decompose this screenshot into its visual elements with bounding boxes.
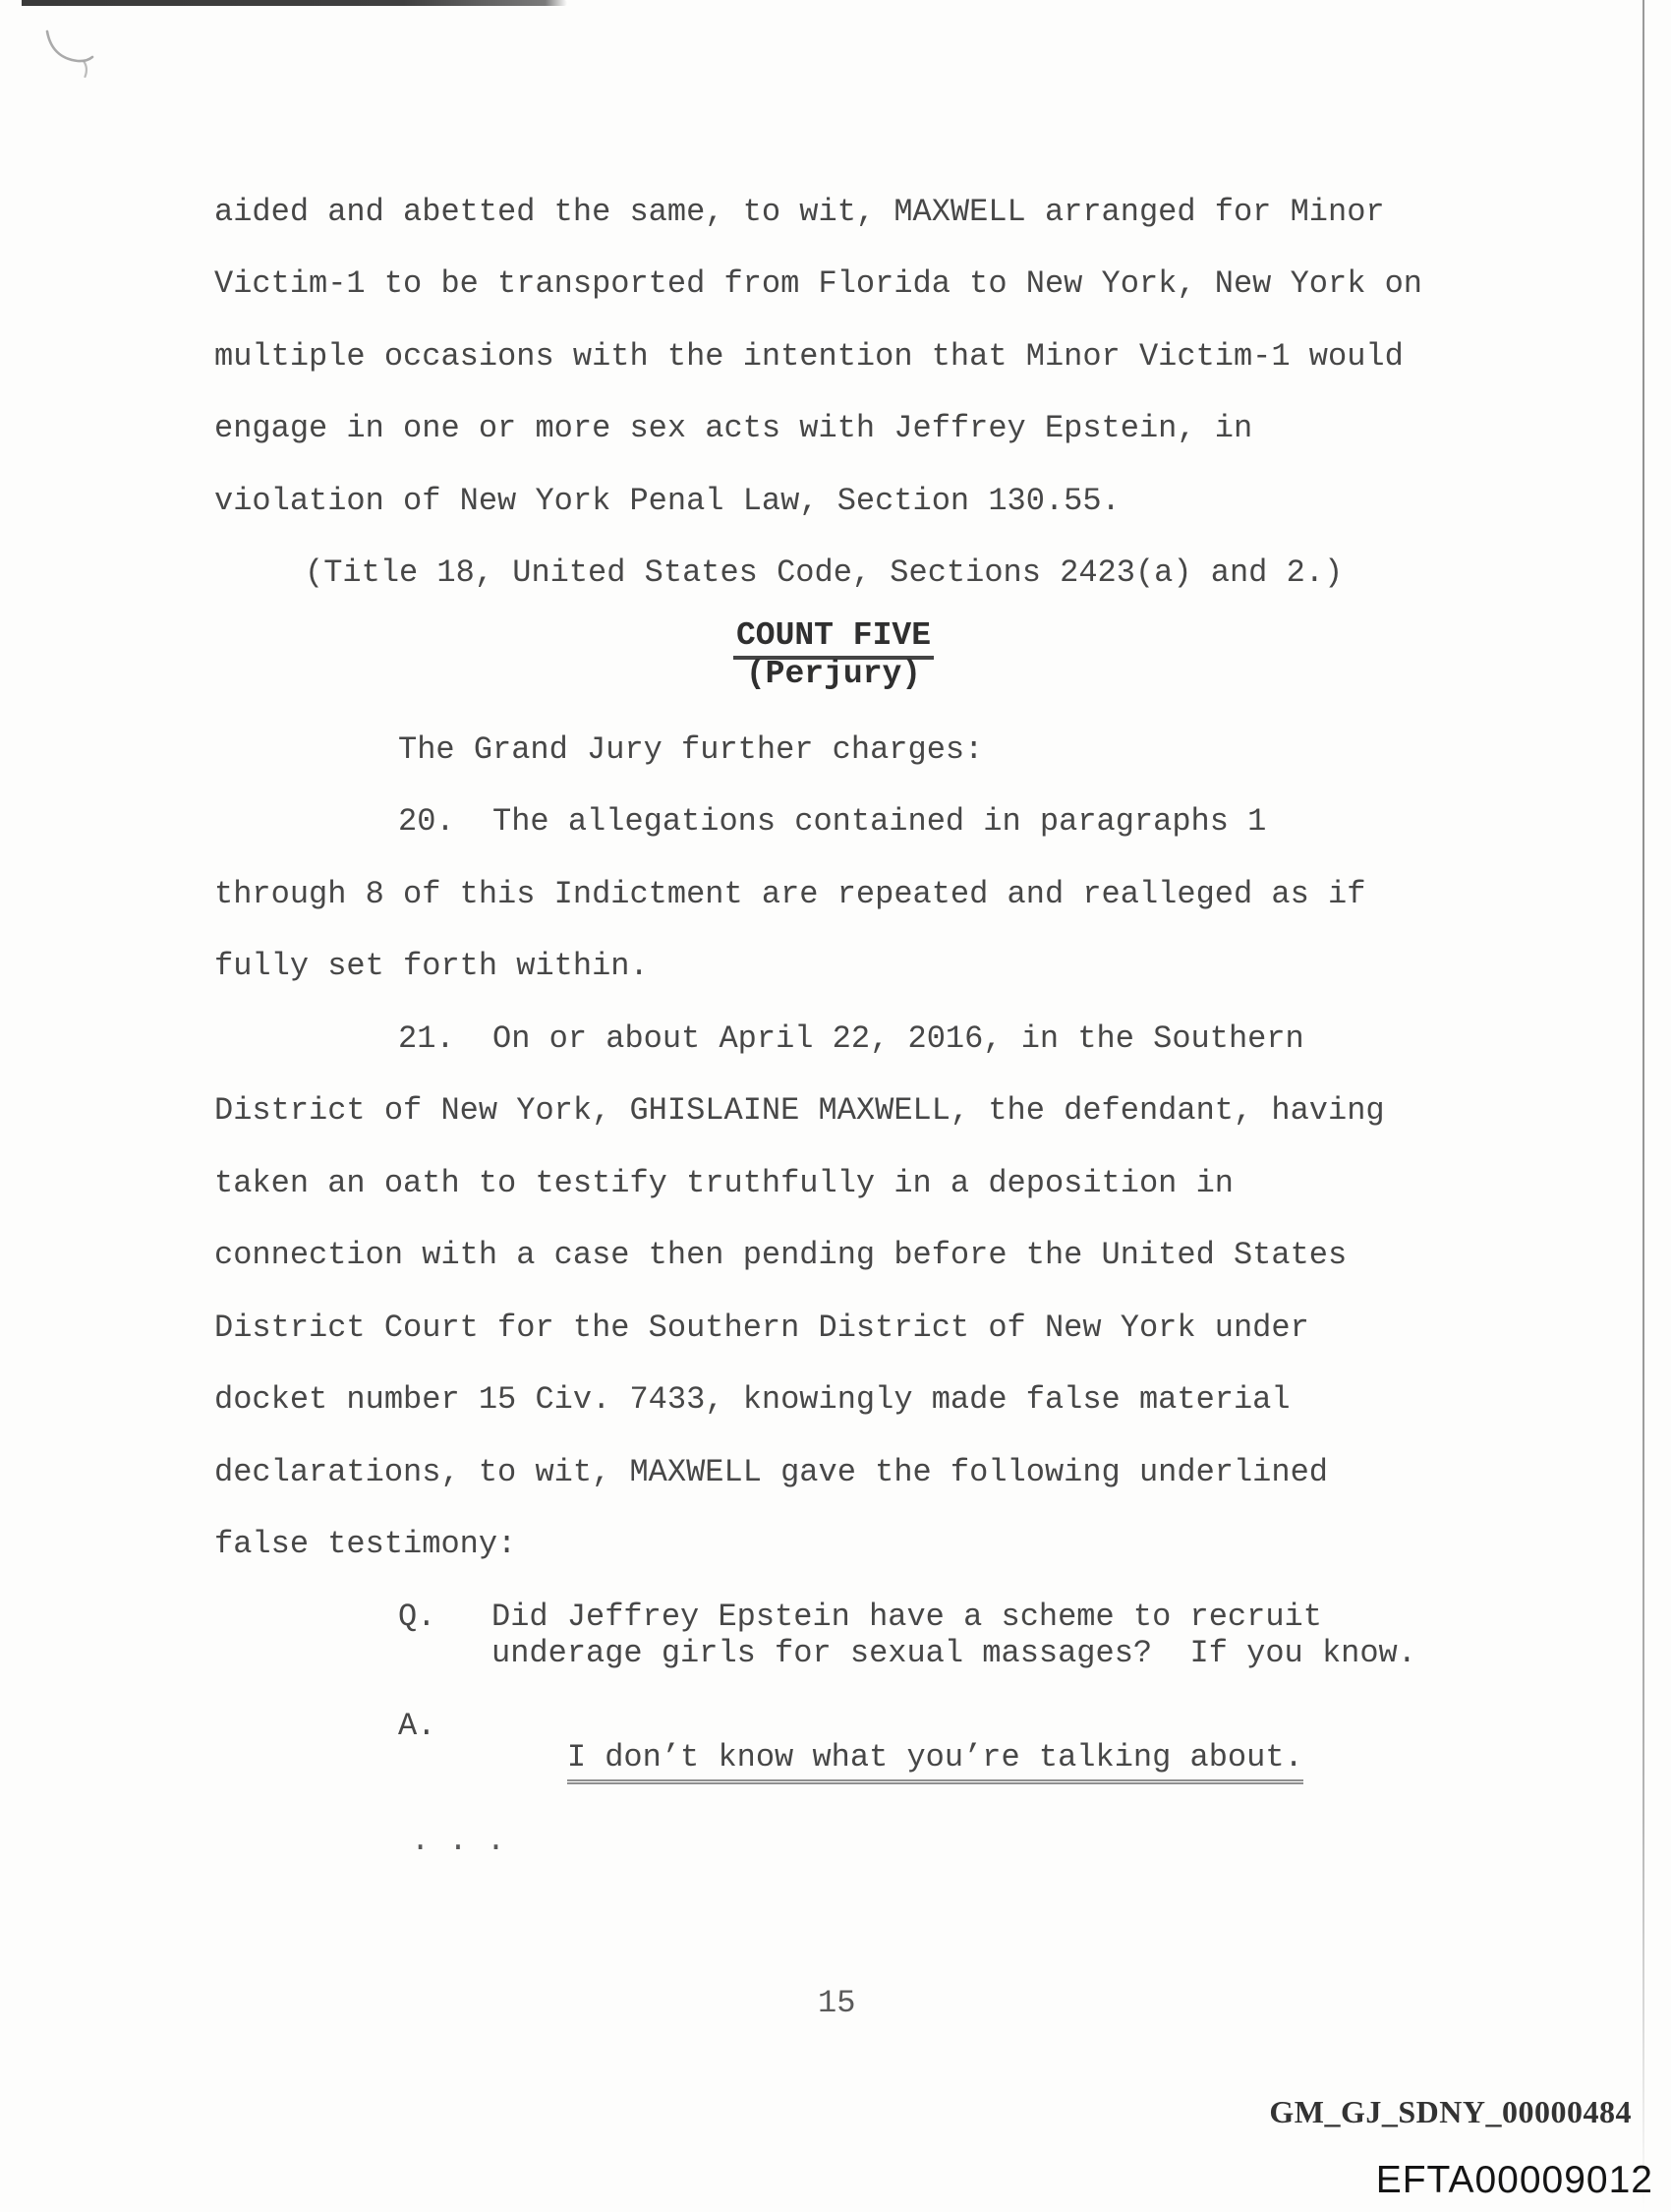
answer-line: I don’t know what you’re talking about.: [491, 1711, 1303, 1805]
scan-artifact-bar: [22, 0, 567, 6]
body-line: violation of New York Penal Law, Section…: [214, 486, 1121, 517]
question-label: Q.: [398, 1601, 435, 1633]
exhibit-number: EFTA00009012: [1376, 2159, 1653, 2202]
question-line: underage girls for sexual massages? If y…: [491, 1638, 1416, 1669]
question-line: Did Jeffrey Epstein have a scheme to rec…: [491, 1601, 1322, 1633]
paragraph-20-line: fully set forth within.: [214, 951, 649, 982]
paragraph-21-line: District of New York, GHISLAINE MAXWELL,…: [214, 1095, 1385, 1127]
statute-citation: (Title 18, United States Code, Sections …: [305, 557, 1343, 589]
count-heading: COUNT FIVE: [733, 617, 934, 660]
charges-line: The Grand Jury further charges:: [398, 734, 983, 766]
body-line: multiple occasions with the intention th…: [214, 341, 1404, 373]
paragraph-21-line: 21. On or about April 22, 2016, in the S…: [398, 1023, 1304, 1055]
page-number: 15: [818, 1988, 855, 2019]
bates-number: GM_GJ_SDNY_00000484: [1269, 2094, 1632, 2130]
body-line: aided and abetted the same, to wit, MAXW…: [214, 197, 1385, 228]
paragraph-20-line: 20. The allegations contained in paragra…: [398, 806, 1266, 838]
testimony-ellipsis: . . .: [411, 1826, 505, 1857]
body-line: engage in one or more sex acts with Jeff…: [214, 413, 1252, 444]
scan-edge-line: [1642, 0, 1644, 2212]
paragraph-21-line: taken an oath to testify truthfully in a…: [214, 1168, 1234, 1199]
pen-mark: [29, 18, 108, 87]
body-line: Victim-1 to be transported from Florida …: [214, 268, 1422, 300]
paragraph-21-line: connection with a case then pending befo…: [214, 1240, 1347, 1271]
paragraph-21-line: District Court for the Southern District…: [214, 1312, 1309, 1344]
count-subheading-row: (Perjury): [214, 656, 1453, 692]
count-subheading: (Perjury): [746, 656, 921, 692]
paragraph-21-line: declarations, to wit, MAXWELL gave the f…: [214, 1457, 1328, 1488]
paragraph-20-line: through 8 of this Indictment are repeate…: [214, 879, 1365, 910]
paragraph-21-line: docket number 15 Civ. 7433, knowingly ma…: [214, 1384, 1291, 1416]
count-heading-row: COUNT FIVE: [214, 617, 1453, 660]
paragraph-21-line: false testimony:: [214, 1529, 516, 1560]
answer-label: A.: [398, 1711, 435, 1742]
underlined-false-testimony: I don’t know what you’re talking about.: [567, 1739, 1303, 1784]
scanned-indictment-page: aided and abetted the same, to wit, MAXW…: [0, 0, 1671, 2212]
